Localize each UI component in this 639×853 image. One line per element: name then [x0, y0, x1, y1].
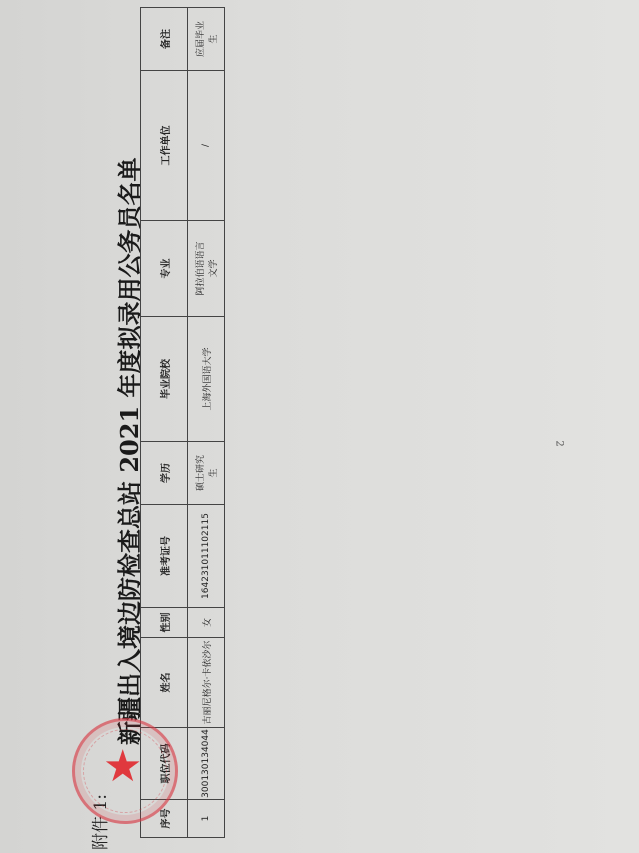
cell-gender: 女: [188, 608, 225, 638]
header-gender: 性别: [141, 608, 188, 638]
cell-major: 阿拉伯语语言文学: [188, 221, 225, 317]
cell-education: 硕士研究生: [188, 442, 225, 505]
star-icon: ★: [103, 745, 142, 789]
cell-position-code: 300130134044: [188, 728, 225, 800]
official-seal: ★: [72, 718, 178, 824]
table-header-row: 序号 职位代码 姓名 性别 准考证号 学历 毕业院校 专业 工作单位 备注: [141, 8, 188, 838]
header-school: 毕业院校: [141, 317, 188, 442]
cell-name: 古丽尼格尔·卡依沙尔: [188, 638, 225, 728]
header-name: 姓名: [141, 638, 188, 728]
roster-table-rotated: 序号 职位代码 姓名 性别 准考证号 学历 毕业院校 专业 工作单位 备注 1 …: [140, 8, 220, 838]
header-note: 备注: [141, 8, 188, 71]
cell-exam-ticket: 164231011102115: [188, 505, 225, 608]
header-exam-ticket: 准考证号: [141, 505, 188, 608]
cell-note: 应届毕业生: [188, 8, 225, 71]
header-work-unit: 工作单位: [141, 71, 188, 221]
cell-school: 上海外国语大学: [188, 317, 225, 442]
header-major: 专业: [141, 221, 188, 317]
cell-work-unit: /: [188, 71, 225, 221]
cell-seq: 1: [188, 800, 225, 838]
header-education: 学历: [141, 442, 188, 505]
table-row: 1 300130134044 古丽尼格尔·卡依沙尔 女 164231011102…: [188, 8, 225, 838]
